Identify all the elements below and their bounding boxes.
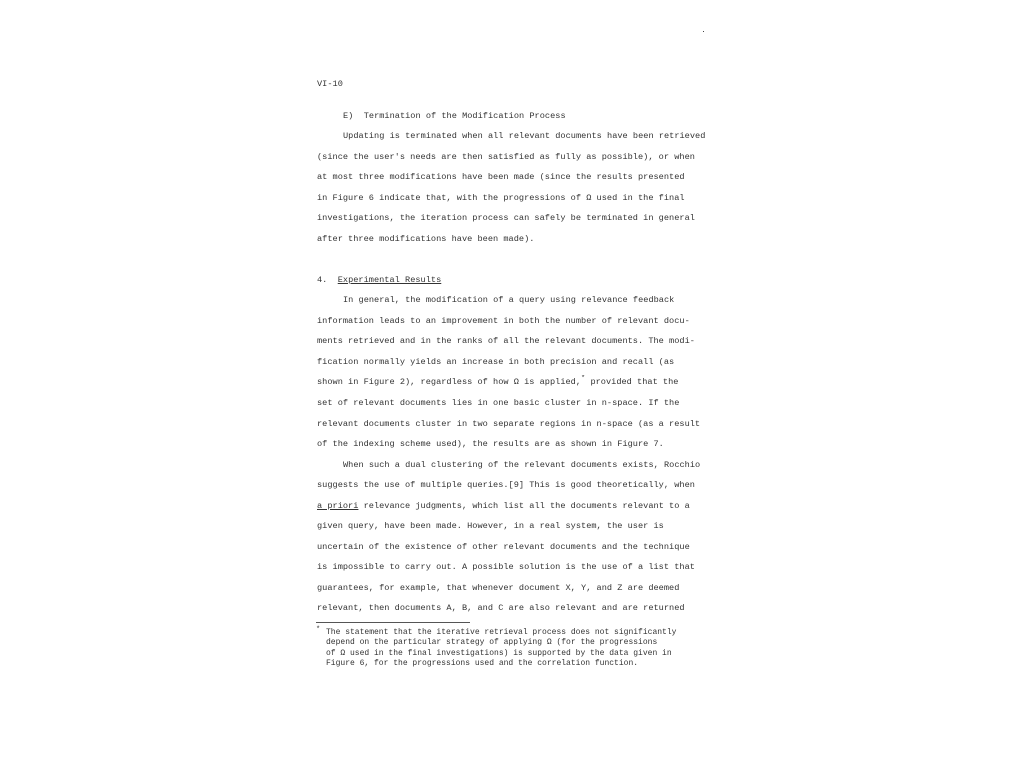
footnote-line-1: The statement that the iterative retriev… xyxy=(326,628,676,638)
p2-line-1: When such a dual clustering of the relev… xyxy=(343,460,700,470)
a-priori-term: a priori xyxy=(317,501,358,511)
footnote-line-4: Figure 6, for the progressions used and … xyxy=(326,659,638,669)
p1-line-2: information leads to an improvement in b… xyxy=(317,316,690,326)
p2-line-3-text: relevance judgments, which list all the … xyxy=(358,501,689,511)
p1-line-5-tail: provided that the xyxy=(585,377,678,387)
section-e-line-3: at most three modifications have been ma… xyxy=(317,172,685,182)
section-e-heading: E) Termination of the Modification Proce… xyxy=(343,111,566,121)
section-e-line-4: in Figure 6 indicate that, with the prog… xyxy=(317,193,685,203)
p2-line-4: given query, have been made. However, in… xyxy=(317,521,664,531)
footnote-marker: * xyxy=(316,626,320,634)
p1-line-1: In general, the modification of a query … xyxy=(343,295,674,305)
section-e-line-1: Updating is terminated when all relevant… xyxy=(343,131,705,141)
p2-line-3: a priori relevance judgments, which list… xyxy=(317,501,690,511)
section-e-line-6: after three modifications have been made… xyxy=(317,234,534,244)
scan-speck xyxy=(703,31,704,32)
p1-line-3: ments retrieved and in the ranks of all … xyxy=(317,336,695,346)
section-e-title: Termination of the Modification Process xyxy=(364,111,566,121)
p1-line-4: fication normally yields an increase in … xyxy=(317,357,674,367)
p2-line-6: is impossible to carry out. A possible s… xyxy=(317,562,695,572)
p1-line-5: shown in Figure 2), regardless of how Ω … xyxy=(317,377,678,387)
p1-line-8: of the indexing scheme used), the result… xyxy=(317,439,664,449)
page-number: VI-10 xyxy=(317,79,343,89)
p2-line-5: uncertain of the existence of other rele… xyxy=(317,542,690,552)
section-e-label: E) xyxy=(343,111,353,121)
p1-line-5-text: shown in Figure 2), regardless of how Ω … xyxy=(317,377,581,387)
section-4-heading: 4. Experimental Results xyxy=(317,275,441,285)
section-e-line-5: investigations, the iteration process ca… xyxy=(317,213,695,223)
p2-line-2: suggests the use of multiple queries.[9]… xyxy=(317,480,695,490)
scanned-document-page: VI-10 E) Termination of the Modification… xyxy=(0,0,1024,768)
p1-line-7: relevant documents cluster in two separa… xyxy=(317,419,700,429)
section-4-title: Experimental Results xyxy=(338,275,442,285)
section-e-line-2: (since the user's needs are then satisfi… xyxy=(317,152,695,162)
p1-line-6: set of relevant documents lies in one ba… xyxy=(317,398,679,408)
p2-line-8: relevant, then documents A, B, and C are… xyxy=(317,603,685,613)
footnote-line-3: of Ω used in the final investigations) i… xyxy=(326,649,672,659)
footnote-line-2: depend on the particular strategy of app… xyxy=(326,638,657,648)
p2-line-7: guarantees, for example, that whenever d… xyxy=(317,583,679,593)
section-4-number: 4. xyxy=(317,275,327,285)
footnote-divider xyxy=(316,622,470,623)
